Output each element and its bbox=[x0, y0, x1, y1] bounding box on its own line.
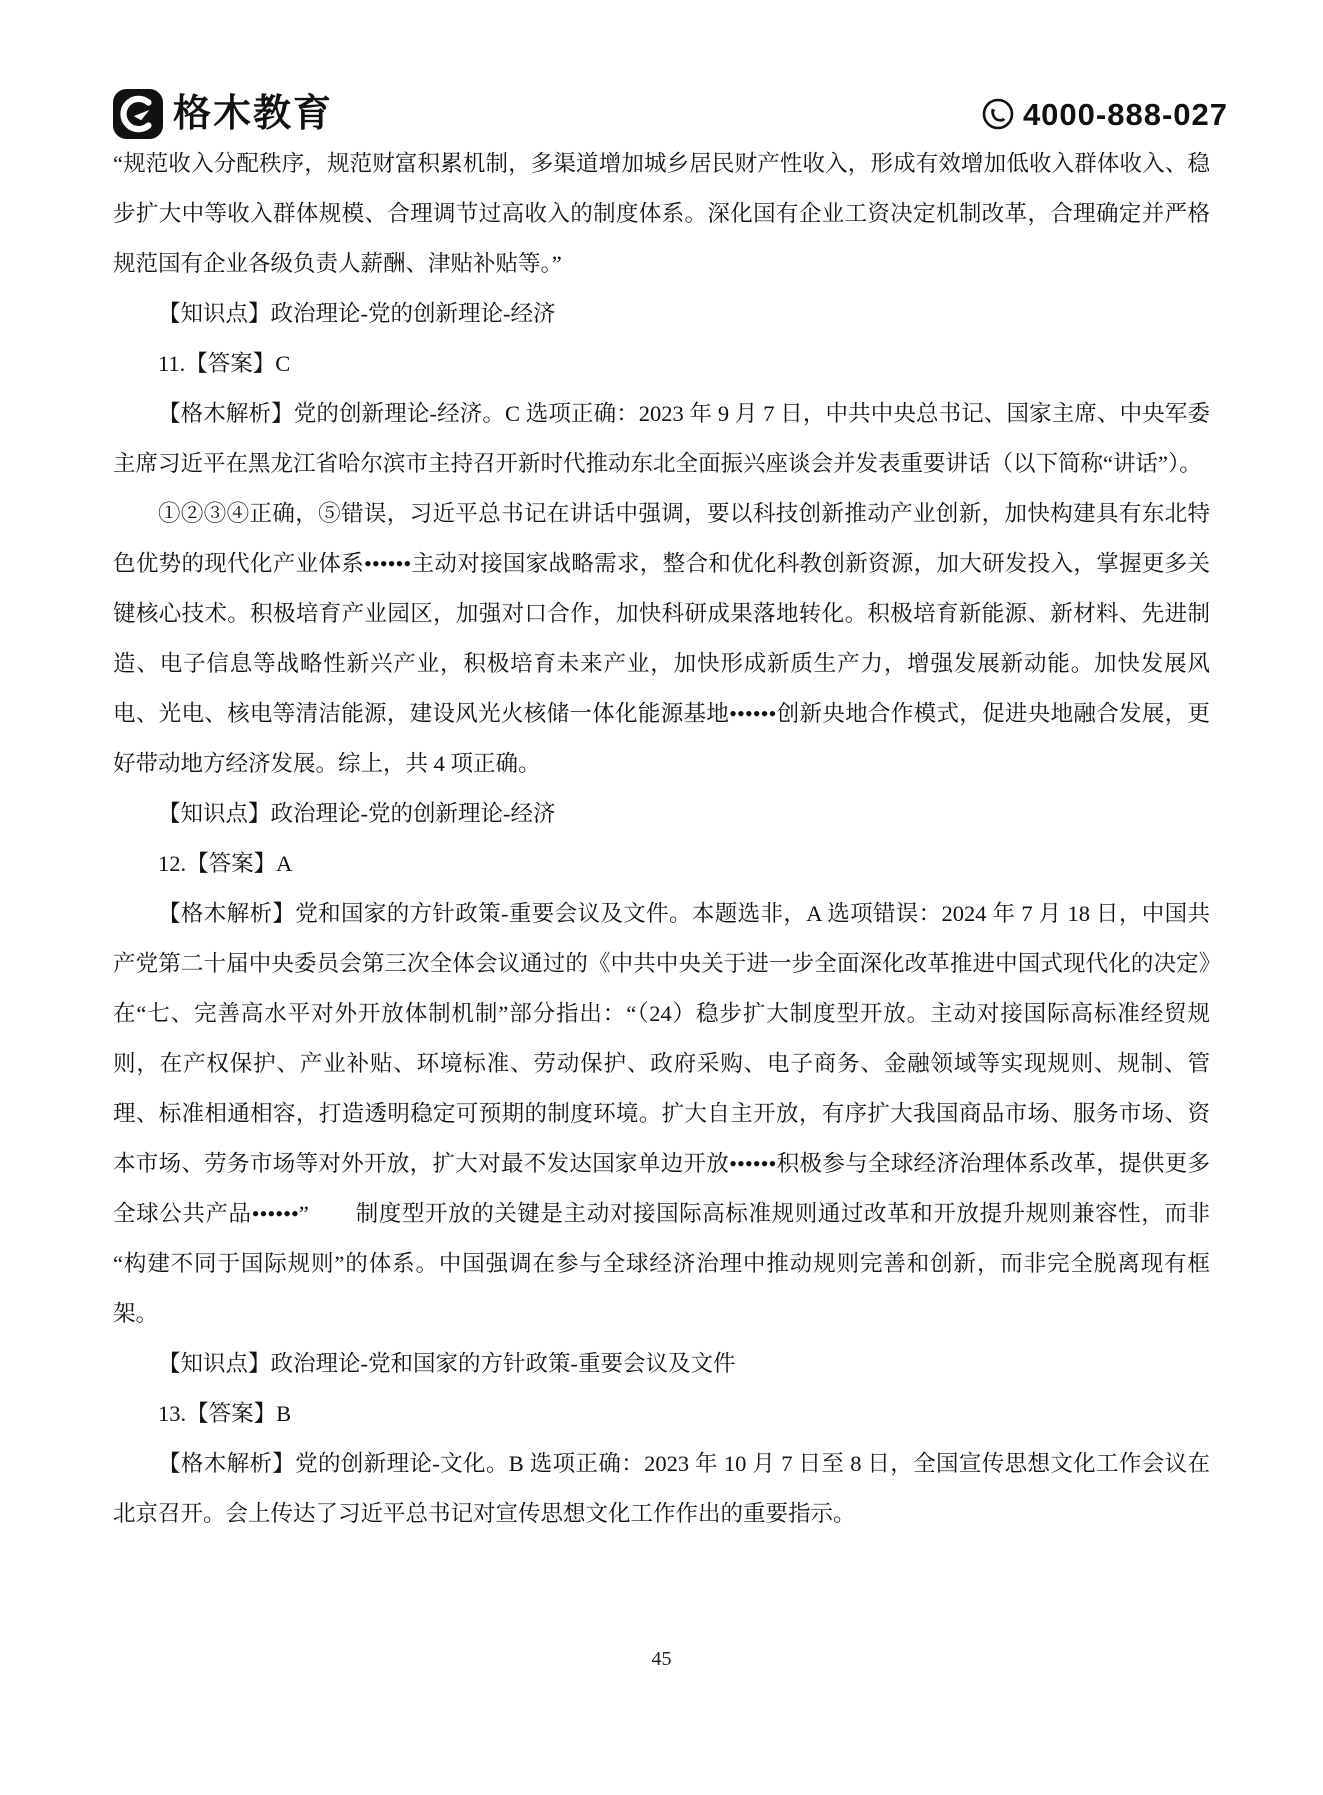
document-page: 格木教育 4000-888-027 “规范收入分配秩序，规范财富积累机制，多渠道… bbox=[0, 0, 1323, 1795]
answer-q13: 13.【答案】B bbox=[113, 1389, 1210, 1439]
knowledge-point-q12: 【知识点】政治理论-党和国家的方针政策-重要会议及文件 bbox=[113, 1339, 1210, 1389]
gemu-logo-icon bbox=[113, 89, 163, 139]
brand: 格木教育 bbox=[113, 89, 333, 139]
contact-phone: 4000-888-027 bbox=[981, 97, 1228, 131]
analysis-q11: 【格木解析】党的创新理论-经济。C 选项正确：2023 年 9 月 7 日，中共… bbox=[113, 389, 1210, 489]
page-header: 格木教育 4000-888-027 bbox=[113, 84, 1228, 144]
phone-number: 4000-888-027 bbox=[1023, 99, 1228, 130]
analysis-detail-q11: ①②③④正确，⑤错误，习近平总书记在讲话中强调，要以科技创新推动产业创新，加快构… bbox=[113, 489, 1210, 789]
analysis-q13: 【格木解析】党的创新理论-文化。B 选项正确：2023 年 10 月 7 日至 … bbox=[113, 1439, 1210, 1539]
page-footer: 45 bbox=[0, 1648, 1323, 1671]
answer-explanations: “规范收入分配秩序，规范财富积累机制，多渠道增加城乡居民财产性收入，形成有效增加… bbox=[113, 139, 1210, 1539]
brand-name: 格木教育 bbox=[173, 95, 333, 133]
phone-circle-icon bbox=[981, 97, 1015, 131]
answer-q11: 11.【答案】C bbox=[113, 339, 1210, 389]
analysis-q12: 【格木解析】党和国家的方针政策-重要会议及文件。本题选非，A 选项错误：2024… bbox=[113, 889, 1210, 1339]
knowledge-point-q11: 【知识点】政治理论-党的创新理论-经济 bbox=[113, 789, 1210, 839]
policy-quote-paragraph: “规范收入分配秩序，规范财富积累机制，多渠道增加城乡居民财产性收入，形成有效增加… bbox=[113, 139, 1210, 289]
answer-q12: 12.【答案】A bbox=[113, 839, 1210, 889]
knowledge-point-q10: 【知识点】政治理论-党的创新理论-经济 bbox=[113, 289, 1210, 339]
page-number: 45 bbox=[652, 1648, 672, 1670]
